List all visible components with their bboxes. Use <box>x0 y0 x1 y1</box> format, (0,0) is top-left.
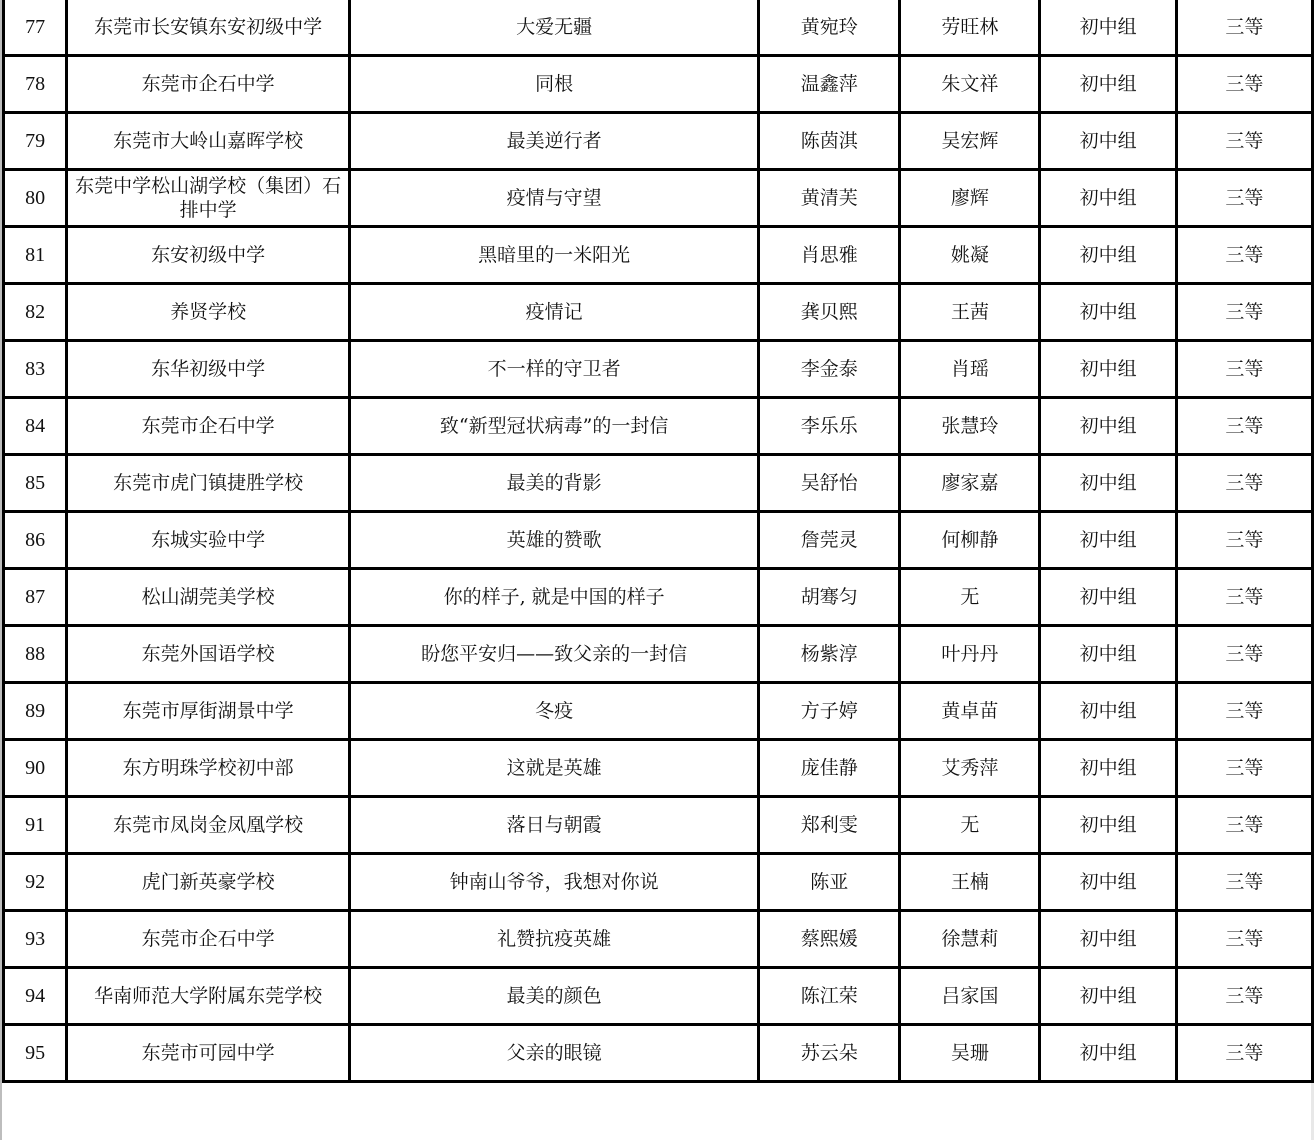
cell-group: 初中组 <box>1040 341 1176 398</box>
cell-number: 88 <box>4 626 67 683</box>
cell-teacher: 吴珊 <box>900 1025 1040 1082</box>
cell-prize: 三等 <box>1176 341 1312 398</box>
cell-author: 蔡熙媛 <box>759 911 900 968</box>
cell-number: 84 <box>4 398 67 455</box>
cell-group: 初中组 <box>1040 455 1176 512</box>
cell-prize: 三等 <box>1176 170 1312 227</box>
cell-author: 詹莞灵 <box>759 512 900 569</box>
cell-number: 92 <box>4 854 67 911</box>
cell-title: 致“新型冠状病毒”的一封信 <box>350 398 759 455</box>
cell-author: 胡骞匀 <box>759 569 900 626</box>
cell-number: 95 <box>4 1025 67 1082</box>
cell-title: 礼赞抗疫英雄 <box>350 911 759 968</box>
cell-school: 东莞外国语学校 <box>67 626 350 683</box>
cell-school: 东莞市企石中学 <box>67 911 350 968</box>
cell-group: 初中组 <box>1040 512 1176 569</box>
awards-table: 77 东莞市长安镇东安初级中学 大爱无疆 黄宛玲 劳旺林 初中组 三等 78 东… <box>2 0 1314 1083</box>
cell-school: 东安初级中学 <box>67 227 350 284</box>
cell-number: 81 <box>4 227 67 284</box>
cell-group: 初中组 <box>1040 854 1176 911</box>
cell-teacher: 张慧玲 <box>900 398 1040 455</box>
cell-group: 初中组 <box>1040 0 1176 56</box>
cell-number: 89 <box>4 683 67 740</box>
cell-teacher: 何柳静 <box>900 512 1040 569</box>
cell-group: 初中组 <box>1040 797 1176 854</box>
table-row: 87 松山湖莞美学校 你的样子, 就是中国的样子 胡骞匀 无 初中组 三等 <box>4 569 1313 626</box>
cell-teacher: 艾秀萍 <box>900 740 1040 797</box>
cell-author: 李乐乐 <box>759 398 900 455</box>
cell-school: 东莞市企石中学 <box>67 56 350 113</box>
cell-teacher: 叶丹丹 <box>900 626 1040 683</box>
cell-group: 初中组 <box>1040 284 1176 341</box>
cell-number: 94 <box>4 968 67 1025</box>
table-row: 78 东莞市企石中学 同根 温鑫萍 朱文祥 初中组 三等 <box>4 56 1313 113</box>
cell-teacher: 王楠 <box>900 854 1040 911</box>
cell-teacher: 吕家国 <box>900 968 1040 1025</box>
cell-teacher: 无 <box>900 569 1040 626</box>
cell-group: 初中组 <box>1040 1025 1176 1082</box>
cell-school: 东莞市虎门镇捷胜学校 <box>67 455 350 512</box>
cell-number: 86 <box>4 512 67 569</box>
cell-number: 79 <box>4 113 67 170</box>
cell-school: 东莞市企石中学 <box>67 398 350 455</box>
table-row: 91 东莞市凤岗金凤凰学校 落日与朝霞 郑利雯 无 初中组 三等 <box>4 797 1313 854</box>
cell-title: 英雄的赞歌 <box>350 512 759 569</box>
table-row: 92 虎门新英豪学校 钟南山爷爷，我想对你说 陈亚 王楠 初中组 三等 <box>4 854 1313 911</box>
table-row: 84 东莞市企石中学 致“新型冠状病毒”的一封信 李乐乐 张慧玲 初中组 三等 <box>4 398 1313 455</box>
cell-prize: 三等 <box>1176 797 1312 854</box>
cell-group: 初中组 <box>1040 968 1176 1025</box>
cell-school: 东华初级中学 <box>67 341 350 398</box>
cell-prize: 三等 <box>1176 1025 1312 1082</box>
cell-prize: 三等 <box>1176 512 1312 569</box>
cell-number: 85 <box>4 455 67 512</box>
cell-teacher: 吴宏辉 <box>900 113 1040 170</box>
cell-teacher: 肖瑶 <box>900 341 1040 398</box>
cell-group: 初中组 <box>1040 569 1176 626</box>
cell-number: 77 <box>4 0 67 56</box>
cell-title: 黑暗里的一米阳光 <box>350 227 759 284</box>
cell-teacher: 王茜 <box>900 284 1040 341</box>
cell-author: 郑利雯 <box>759 797 900 854</box>
cell-number: 91 <box>4 797 67 854</box>
cell-prize: 三等 <box>1176 227 1312 284</box>
cell-number: 87 <box>4 569 67 626</box>
cell-title: 同根 <box>350 56 759 113</box>
cell-group: 初中组 <box>1040 56 1176 113</box>
cell-title: 盼您平安归——致父亲的一封信 <box>350 626 759 683</box>
cell-school: 东莞市可园中学 <box>67 1025 350 1082</box>
cell-title: 最美的颜色 <box>350 968 759 1025</box>
cell-prize: 三等 <box>1176 113 1312 170</box>
cell-prize: 三等 <box>1176 56 1312 113</box>
cell-number: 80 <box>4 170 67 227</box>
cell-group: 初中组 <box>1040 626 1176 683</box>
cell-author: 方子婷 <box>759 683 900 740</box>
cell-author: 陈茵淇 <box>759 113 900 170</box>
cell-school: 东莞市大岭山嘉晖学校 <box>67 113 350 170</box>
cell-author: 黄宛玲 <box>759 0 900 56</box>
cell-title: 你的样子, 就是中国的样子 <box>350 569 759 626</box>
cell-title: 不一样的守卫者 <box>350 341 759 398</box>
cell-number: 83 <box>4 341 67 398</box>
cell-prize: 三等 <box>1176 398 1312 455</box>
table-row: 81 东安初级中学 黑暗里的一米阳光 肖思雅 姚凝 初中组 三等 <box>4 227 1313 284</box>
cell-school: 东莞市长安镇东安初级中学 <box>67 0 350 56</box>
cell-number: 82 <box>4 284 67 341</box>
table-row: 82 养贤学校 疫情记 龚贝熙 王茜 初中组 三等 <box>4 284 1313 341</box>
cell-school: 华南师范大学附属东莞学校 <box>67 968 350 1025</box>
cell-title: 父亲的眼镜 <box>350 1025 759 1082</box>
cell-group: 初中组 <box>1040 911 1176 968</box>
table-row: 83 东华初级中学 不一样的守卫者 李金泰 肖瑶 初中组 三等 <box>4 341 1313 398</box>
cell-school: 东莞市凤岗金凤凰学校 <box>67 797 350 854</box>
cell-school: 养贤学校 <box>67 284 350 341</box>
cell-title: 最美的背影 <box>350 455 759 512</box>
cell-title: 疫情记 <box>350 284 759 341</box>
cell-prize: 三等 <box>1176 626 1312 683</box>
cell-prize: 三等 <box>1176 455 1312 512</box>
cell-author: 黄清芙 <box>759 170 900 227</box>
table-row: 89 东莞市厚街湖景中学 冬疫 方子婷 黄卓苗 初中组 三等 <box>4 683 1313 740</box>
table-row: 86 东城实验中学 英雄的赞歌 詹莞灵 何柳静 初中组 三等 <box>4 512 1313 569</box>
cell-prize: 三等 <box>1176 683 1312 740</box>
cell-prize: 三等 <box>1176 854 1312 911</box>
cell-author: 苏云朵 <box>759 1025 900 1082</box>
cell-teacher: 徐慧莉 <box>900 911 1040 968</box>
cell-school: 松山湖莞美学校 <box>67 569 350 626</box>
table-row: 95 东莞市可园中学 父亲的眼镜 苏云朵 吴珊 初中组 三等 <box>4 1025 1313 1082</box>
cell-prize: 三等 <box>1176 284 1312 341</box>
table-row: 85 东莞市虎门镇捷胜学校 最美的背影 吴舒怡 廖家嘉 初中组 三等 <box>4 455 1313 512</box>
cell-teacher: 无 <box>900 797 1040 854</box>
cell-teacher: 劳旺林 <box>900 0 1040 56</box>
cell-school: 虎门新英豪学校 <box>67 854 350 911</box>
cell-school: 东城实验中学 <box>67 512 350 569</box>
cell-group: 初中组 <box>1040 683 1176 740</box>
table-row: 94 华南师范大学附属东莞学校 最美的颜色 陈江荣 吕家国 初中组 三等 <box>4 968 1313 1025</box>
cell-author: 陈亚 <box>759 854 900 911</box>
cell-group: 初中组 <box>1040 740 1176 797</box>
awards-table-body: 77 东莞市长安镇东安初级中学 大爱无疆 黄宛玲 劳旺林 初中组 三等 78 东… <box>4 0 1313 1082</box>
cell-group: 初中组 <box>1040 170 1176 227</box>
cell-school: 东莞中学松山湖学校（集团）石排中学 <box>67 170 350 227</box>
cell-number: 90 <box>4 740 67 797</box>
table-row: 77 东莞市长安镇东安初级中学 大爱无疆 黄宛玲 劳旺林 初中组 三等 <box>4 0 1313 56</box>
cell-prize: 三等 <box>1176 968 1312 1025</box>
cell-number: 93 <box>4 911 67 968</box>
table-row: 90 东方明珠学校初中部 这就是英雄 庞佳静 艾秀萍 初中组 三等 <box>4 740 1313 797</box>
cell-school: 东方明珠学校初中部 <box>67 740 350 797</box>
table-row: 88 东莞外国语学校 盼您平安归——致父亲的一封信 杨紫淳 叶丹丹 初中组 三等 <box>4 626 1313 683</box>
cell-group: 初中组 <box>1040 227 1176 284</box>
cell-prize: 三等 <box>1176 740 1312 797</box>
table-row: 80 东莞中学松山湖学校（集团）石排中学 疫情与守望 黄清芙 廖辉 初中组 三等 <box>4 170 1313 227</box>
cell-author: 杨紫淳 <box>759 626 900 683</box>
cell-prize: 三等 <box>1176 0 1312 56</box>
cell-author: 肖思雅 <box>759 227 900 284</box>
cell-author: 李金泰 <box>759 341 900 398</box>
cell-teacher: 朱文祥 <box>900 56 1040 113</box>
cell-title: 这就是英雄 <box>350 740 759 797</box>
cell-author: 吴舒怡 <box>759 455 900 512</box>
cell-number: 78 <box>4 56 67 113</box>
cell-title: 最美逆行者 <box>350 113 759 170</box>
cell-prize: 三等 <box>1176 911 1312 968</box>
cell-title: 落日与朝霞 <box>350 797 759 854</box>
cell-teacher: 姚凝 <box>900 227 1040 284</box>
cell-teacher: 黄卓苗 <box>900 683 1040 740</box>
cell-group: 初中组 <box>1040 113 1176 170</box>
cell-teacher: 廖辉 <box>900 170 1040 227</box>
cell-teacher: 廖家嘉 <box>900 455 1040 512</box>
table-row: 93 东莞市企石中学 礼赞抗疫英雄 蔡熙媛 徐慧莉 初中组 三等 <box>4 911 1313 968</box>
cell-group: 初中组 <box>1040 398 1176 455</box>
cell-school: 东莞市厚街湖景中学 <box>67 683 350 740</box>
cell-title: 大爱无疆 <box>350 0 759 56</box>
cell-author: 温鑫萍 <box>759 56 900 113</box>
cell-author: 庞佳静 <box>759 740 900 797</box>
cell-prize: 三等 <box>1176 569 1312 626</box>
cell-title: 钟南山爷爷，我想对你说 <box>350 854 759 911</box>
cell-author: 陈江荣 <box>759 968 900 1025</box>
cell-title: 疫情与守望 <box>350 170 759 227</box>
cell-author: 龚贝熙 <box>759 284 900 341</box>
table-row: 79 东莞市大岭山嘉晖学校 最美逆行者 陈茵淇 吴宏辉 初中组 三等 <box>4 113 1313 170</box>
cell-title: 冬疫 <box>350 683 759 740</box>
